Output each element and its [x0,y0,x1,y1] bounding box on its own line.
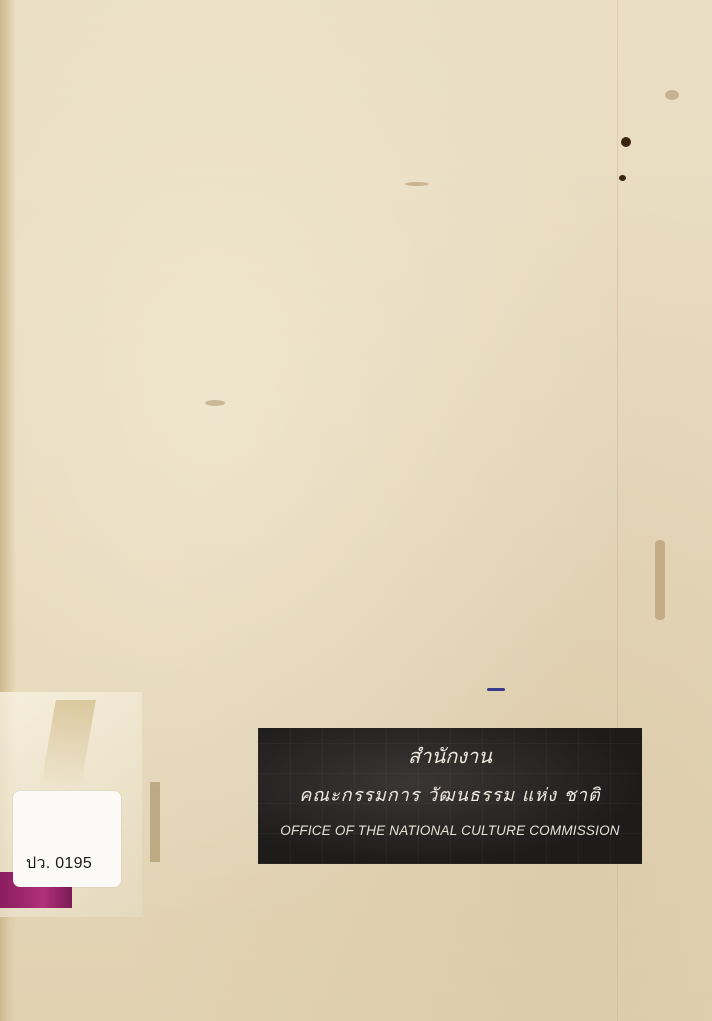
english-title: OFFICE OF THE NATIONAL CULTURE COMMISSIO… [258,823,642,838]
call-number: ปว. 0195 [26,851,92,876]
pen-mark [487,688,505,691]
foxing-spot [621,137,631,147]
stain-mark [655,540,665,620]
thai-title-line1: สำนักงาน [258,740,642,772]
stain-mark [405,182,429,186]
thai-title-line2: คณะกรรมการ วัฒนธรรม แห่ง ชาติ [258,780,642,809]
title-plaque: สำนักงาน คณะกรรมการ วัฒนธรรม แห่ง ชาติ O… [258,728,642,864]
tape-strip [150,782,160,862]
book-cover: ปว. 0195 สำนักงาน คณะกรรมการ วัฒนธรรม แห… [0,0,712,1021]
stain-mark [205,400,225,406]
foxing-spot [619,175,626,181]
stain-mark [665,90,679,100]
fold-line [617,0,618,1021]
